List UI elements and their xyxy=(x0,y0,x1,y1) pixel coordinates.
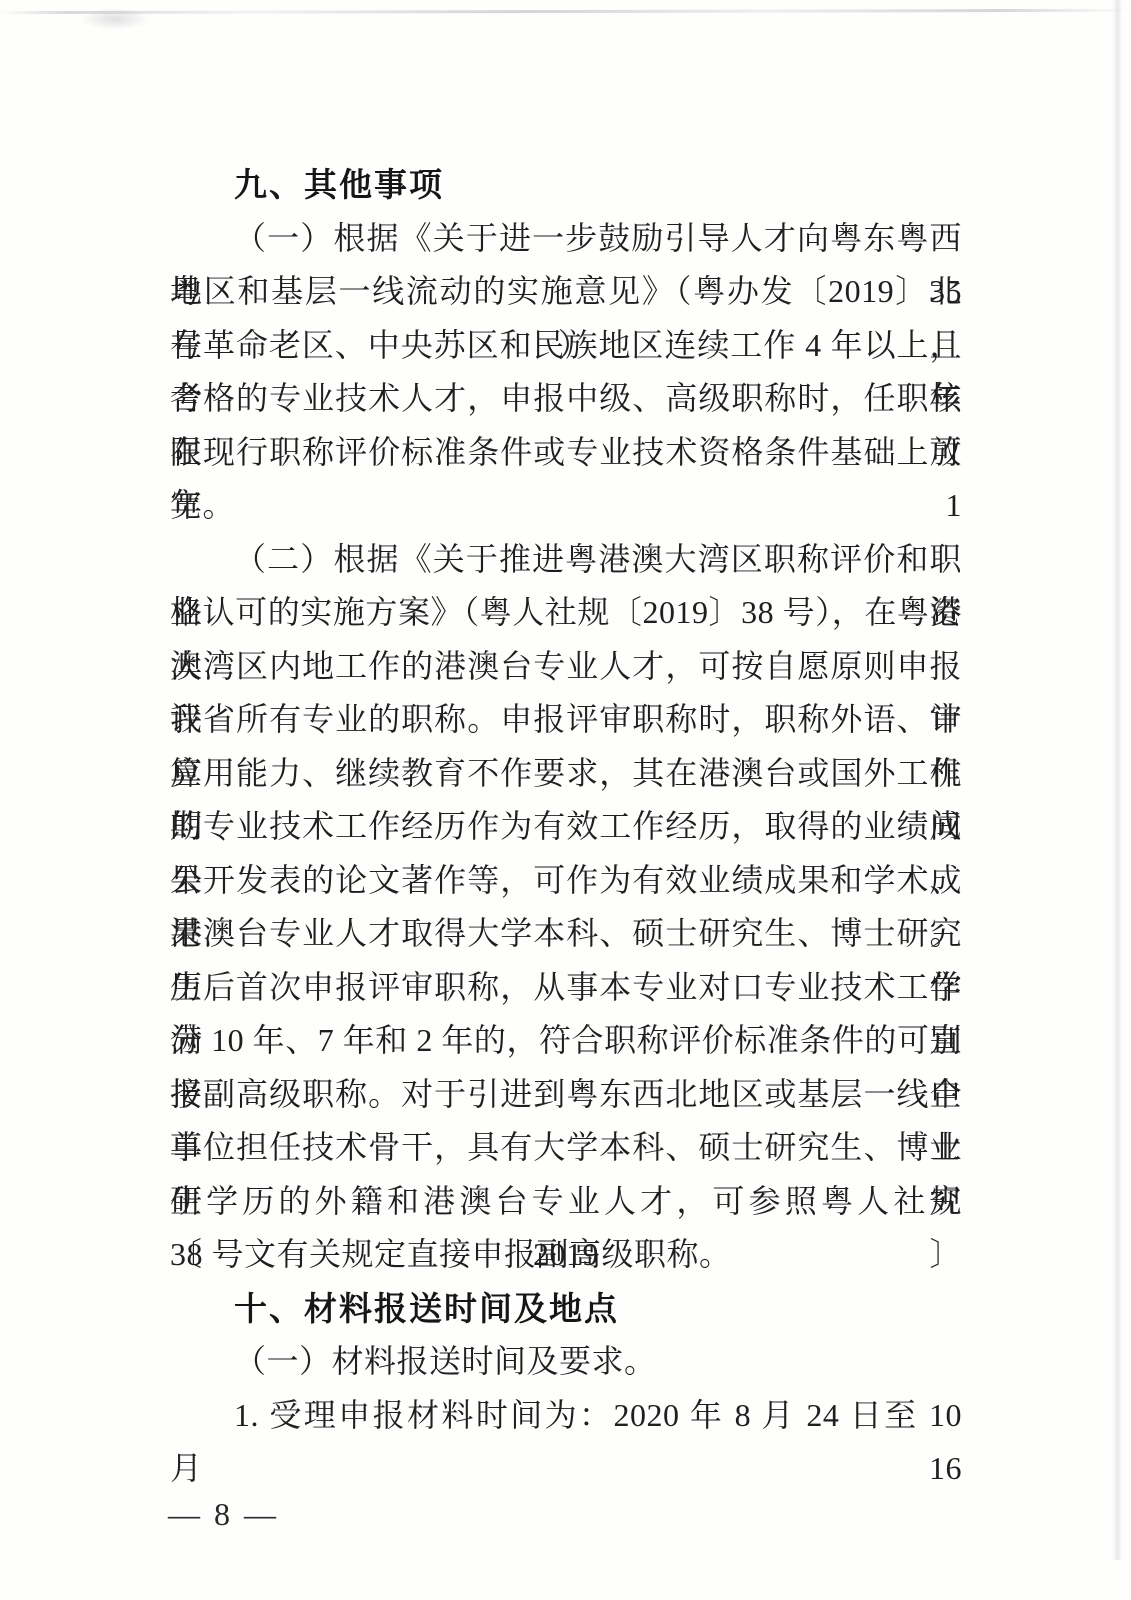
body-line: 格认可的实施方案》（粤人社规〔2019〕38 号），在粤港澳 xyxy=(170,586,962,640)
list-item-line: 1. 受理申报材料时间为：2020 年 8 月 24 日至 10 月 16 xyxy=(170,1389,962,1443)
scan-artifact-right-crease xyxy=(1112,0,1122,1560)
subsection-heading: （一）材料报送时间及要求。 xyxy=(170,1335,962,1389)
section-heading-other-matters: 九、其他事项 xyxy=(170,158,962,212)
body-line: 的专业技术工作经历作为有效工作经历，取得的业绩成果、 xyxy=(170,800,962,854)
body-line: 合格的专业技术人才，申报中级、高级职称时，任职年限可 xyxy=(170,372,962,426)
body-line: 我省所有专业的职称。申报评审职称时，职称外语、计算机 xyxy=(170,693,962,747)
body-line: 港澳台专业人才取得大学本科、硕士研究生、博士研究生学 xyxy=(170,907,962,961)
body-line: 在革命老区、中央苏区和民族地区连续工作 4 年以上且考核 xyxy=(170,319,962,373)
body-line: 大湾区内地工作的港澳台专业人才，可按自愿原则申报评审 xyxy=(170,640,962,694)
section-heading-material-submission: 十、材料报送时间及地点 xyxy=(170,1282,962,1336)
body-line: 单位担任技术骨干，具有大学本科、硕士研究生、博士研究 xyxy=(170,1121,962,1175)
body-line: 报副高级职称。对于引进到粤东西北地区或基层一线企事业 xyxy=(170,1068,962,1122)
body-line: （一）根据《关于进一步鼓励引导人才向粤东粤西粤北 xyxy=(170,212,962,266)
scan-artifact-smudge xyxy=(80,8,150,30)
body-line: 历后首次申报评审职称，从事本专业对口专业技术工作分别 xyxy=(170,961,962,1015)
body-line: 应用能力、继续教育不作要求，其在港澳台或国外工作期间 xyxy=(170,747,962,801)
body-line: 满 10 年、7 年和 2 年的，符合职称评价标准条件的可直接申 xyxy=(170,1014,962,1068)
body-line: 在现行职称评价标准条件或专业技术资格条件基础上放宽 1 xyxy=(170,426,962,480)
document-body: 九、其他事项 （一）根据《关于进一步鼓励引导人才向粤东粤西粤北 地区和基层一线流… xyxy=(170,158,962,1442)
scan-artifact-top-line xyxy=(0,9,1131,14)
document-page: 九、其他事项 （一）根据《关于进一步鼓励引导人才向粤东粤西粤北 地区和基层一线流… xyxy=(0,0,1131,1600)
body-line: 地区和基层一线流动的实施意见》（粤办发〔2019〕35 号）， xyxy=(170,265,962,319)
body-line: 公开发表的论文著作等，可作为有效业绩成果和学术成果。 xyxy=(170,854,962,908)
page-number: — 8 — xyxy=(168,1496,279,1533)
body-line: （二）根据《关于推进粤港澳大湾区职称评价和职业资 xyxy=(170,533,962,587)
body-line: 生学历的外籍和港澳台专业人才，可参照粤人社规〔2019〕 xyxy=(170,1175,962,1229)
